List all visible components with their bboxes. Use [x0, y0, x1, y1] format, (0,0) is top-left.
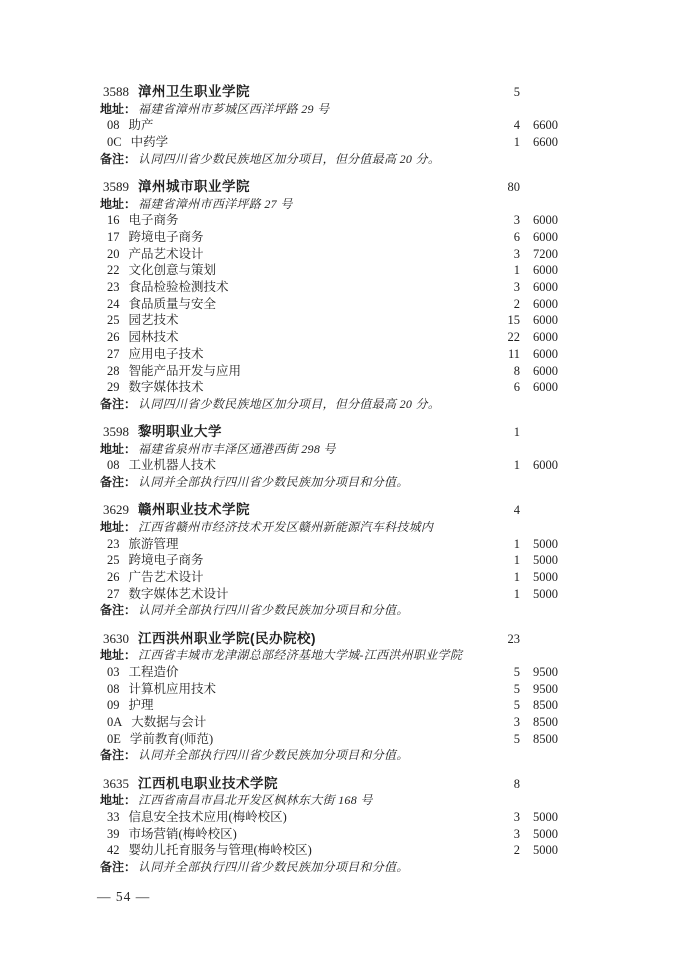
major-code: 08: [107, 681, 120, 698]
major-code: 22: [107, 262, 120, 279]
major-title: 08助产: [107, 117, 488, 134]
college-header-row: 3630江西洪州职业学院(民办院校) 23: [100, 631, 558, 648]
college-section: 3635江西机电职业技术学院 8 地址： 江西省南昌市昌北开发区枫林东大街 16…: [100, 776, 558, 876]
major-fee: 6600: [520, 134, 558, 151]
major-code: 25: [107, 312, 120, 329]
major-name: 计算机应用技术: [129, 682, 217, 696]
major-name: 跨境电子商务: [129, 230, 204, 244]
major-code: 27: [107, 586, 120, 603]
major-code: 29: [107, 379, 120, 396]
college-title: 3630江西洪州职业学院(民办院校): [103, 631, 488, 648]
major-row: 39市场营销(梅岭校区) 3 5000: [100, 826, 558, 843]
remark-value: 认同并全部执行四川省少数民族加分项目和分值。: [138, 474, 409, 491]
major-title: 08计算机应用技术: [107, 681, 488, 698]
major-plan-count: 1: [488, 586, 520, 603]
major-row: 29数字媒体技术 6 6000: [100, 379, 558, 396]
college-remark-row: 备注： 认同并全部执行四川省少数民族加分项目和分值。: [100, 474, 558, 491]
major-code: 42: [107, 842, 120, 859]
major-plan-count: 4: [488, 117, 520, 134]
major-title: 03工程造价: [107, 664, 488, 681]
major-row: 27数字媒体艺术设计 1 5000: [100, 586, 558, 603]
major-title: 0E学前教育(师范): [107, 731, 488, 748]
major-name: 数字媒体技术: [129, 380, 204, 394]
major-code: 28: [107, 363, 120, 380]
college-header-row: 3598黎明职业大学 1: [100, 424, 558, 441]
major-plan-count: 5: [488, 664, 520, 681]
college-code: 3635: [103, 776, 129, 791]
major-title: 25园艺技术: [107, 312, 488, 329]
college-remark-row: 备注： 认同并全部执行四川省少数民族加分项目和分值。: [100, 602, 558, 619]
major-title: 0C中药学: [107, 134, 488, 151]
major-code: 23: [107, 279, 120, 296]
major-fee: 6000: [520, 379, 558, 396]
college-section: 3588漳州卫生职业学院 5 地址： 福建省漳州市芗城区西洋坪路 29 号 08…: [100, 84, 558, 167]
college-plan-total: 4: [488, 502, 520, 519]
major-plan-count: 3: [488, 279, 520, 296]
major-row: 08工业机器人技术 1 6000: [100, 457, 558, 474]
major-code: 27: [107, 346, 120, 363]
document-page: 3588漳州卫生职业学院 5 地址： 福建省漳州市芗城区西洋坪路 29 号 08…: [0, 0, 680, 961]
major-name: 食品质量与安全: [129, 297, 217, 311]
college-section: 3630江西洪州职业学院(民办院校) 23 地址： 江西省丰城市龙津湖总部经济基…: [100, 631, 558, 765]
remark-label: 备注：: [100, 396, 136, 413]
major-name: 电子商务: [129, 213, 179, 227]
college-address-row: 地址： 福建省漳州市西洋坪路 27 号: [100, 196, 558, 213]
major-row: 17跨境电子商务 6 6000: [100, 229, 558, 246]
college-header-row: 3588漳州卫生职业学院 5: [100, 84, 558, 101]
major-title: 22文化创意与策划: [107, 262, 488, 279]
major-fee: 6000: [520, 279, 558, 296]
major-name: 跨境电子商务: [129, 553, 204, 567]
major-code: 25: [107, 552, 120, 569]
major-code: 03: [107, 664, 120, 681]
major-row: 08助产 4 6600: [100, 117, 558, 134]
major-name: 市场营销(梅岭校区): [129, 827, 237, 841]
college-header-row: 3589漳州城市职业学院 80: [100, 179, 558, 196]
major-row: 08计算机应用技术 5 9500: [100, 681, 558, 698]
remark-value: 认同并全部执行四川省少数民族加分项目和分值。: [138, 602, 409, 619]
major-name: 广告艺术设计: [129, 570, 204, 584]
major-title: 28智能产品开发与应用: [107, 363, 488, 380]
address-label: 地址：: [100, 792, 136, 809]
college-title: 3635江西机电职业技术学院: [103, 776, 488, 793]
major-title: 16电子商务: [107, 212, 488, 229]
major-fee: 9500: [520, 664, 558, 681]
major-title: 27应用电子技术: [107, 346, 488, 363]
major-name: 智能产品开发与应用: [129, 364, 242, 378]
major-row: 28智能产品开发与应用 8 6000: [100, 363, 558, 380]
major-code: 0C: [107, 134, 122, 151]
major-code: 08: [107, 117, 120, 134]
major-title: 17跨境电子商务: [107, 229, 488, 246]
college-title: 3629赣州职业技术学院: [103, 502, 488, 519]
college-remark-row: 备注： 认同并全部执行四川省少数民族加分项目和分值。: [100, 859, 558, 876]
college-address-row: 地址： 江西省丰城市龙津湖总部经济基地大学城-江西洪州职业学院: [100, 647, 558, 664]
major-plan-count: 15: [488, 312, 520, 329]
major-plan-count: 6: [488, 379, 520, 396]
major-fee: 6000: [520, 457, 558, 474]
address-value: 福建省漳州市芗城区西洋坪路 29 号: [138, 101, 329, 118]
major-code: 16: [107, 212, 120, 229]
major-plan-count: 3: [488, 246, 520, 263]
major-fee: 5000: [520, 842, 558, 859]
major-name: 学前教育(师范): [130, 732, 213, 746]
major-fee: 6600: [520, 117, 558, 134]
major-row: 23旅游管理 1 5000: [100, 536, 558, 553]
remark-label: 备注：: [100, 474, 136, 491]
major-row: 20产品艺术设计 3 7200: [100, 246, 558, 263]
major-code: 26: [107, 329, 120, 346]
remark-value: 认同并全部执行四川省少数民族加分项目和分值。: [138, 747, 409, 764]
remark-label: 备注：: [100, 151, 136, 168]
major-fee: 8500: [520, 697, 558, 714]
major-code: 26: [107, 569, 120, 586]
major-row: 22文化创意与策划 1 6000: [100, 262, 558, 279]
major-row: 0A大数据与会计 3 8500: [100, 714, 558, 731]
major-fee: 6000: [520, 346, 558, 363]
major-plan-count: 1: [488, 569, 520, 586]
majors-list: 08助产 4 6600 0C中药学 1 6600: [100, 117, 558, 150]
college-plan-total: 5: [488, 84, 520, 101]
college-code: 3589: [103, 179, 129, 194]
major-title: 26广告艺术设计: [107, 569, 488, 586]
major-fee: 5000: [520, 552, 558, 569]
major-name: 园艺技术: [129, 313, 179, 327]
major-code: 33: [107, 809, 120, 826]
college-header-row: 3629赣州职业技术学院 4: [100, 502, 558, 519]
major-row: 24食品质量与安全 2 6000: [100, 296, 558, 313]
major-row: 03工程造价 5 9500: [100, 664, 558, 681]
major-row: 23食品检验检测技术 3 6000: [100, 279, 558, 296]
address-value: 江西省南昌市昌北开发区枫林东大街 168 号: [138, 792, 373, 809]
address-label: 地址：: [100, 196, 136, 213]
address-value: 福建省泉州市丰泽区通港西街 298 号: [138, 441, 336, 458]
major-code: 17: [107, 229, 120, 246]
college-plan-total: 80: [488, 179, 520, 196]
major-code: 20: [107, 246, 120, 263]
major-title: 23旅游管理: [107, 536, 488, 553]
address-label: 地址：: [100, 101, 136, 118]
major-name: 旅游管理: [129, 537, 179, 551]
major-title: 08工业机器人技术: [107, 457, 488, 474]
major-plan-count: 6: [488, 229, 520, 246]
major-title: 0A大数据与会计: [107, 714, 488, 731]
major-title: 27数字媒体艺术设计: [107, 586, 488, 603]
major-code: 0E: [107, 731, 121, 748]
major-title: 23食品检验检测技术: [107, 279, 488, 296]
major-fee: 6000: [520, 329, 558, 346]
major-title: 39市场营销(梅岭校区): [107, 826, 488, 843]
college-address-row: 地址： 福建省泉州市丰泽区通港西街 298 号: [100, 441, 558, 458]
college-name: 漳州城市职业学院: [138, 179, 250, 194]
major-code: 08: [107, 457, 120, 474]
major-title: 25跨境电子商务: [107, 552, 488, 569]
page-number: — 54 —: [97, 889, 150, 905]
major-fee: 8500: [520, 731, 558, 748]
college-title: 3598黎明职业大学: [103, 424, 488, 441]
major-name: 工程造价: [129, 665, 179, 679]
major-name: 食品检验检测技术: [129, 280, 229, 294]
major-code: 23: [107, 536, 120, 553]
address-value: 福建省漳州市西洋坪路 27 号: [138, 196, 293, 213]
major-plan-count: 2: [488, 296, 520, 313]
major-code: 0A: [107, 714, 122, 731]
college-sections-list: 3588漳州卫生职业学院 5 地址： 福建省漳州市芗城区西洋坪路 29 号 08…: [100, 84, 558, 887]
major-plan-count: 1: [488, 134, 520, 151]
major-fee: 5000: [520, 536, 558, 553]
major-row: 16电子商务 3 6000: [100, 212, 558, 229]
major-plan-count: 11: [488, 346, 520, 363]
major-name: 数字媒体艺术设计: [129, 587, 229, 601]
major-plan-count: 5: [488, 697, 520, 714]
majors-list: 33信息安全技术应用(梅岭校区) 3 5000 39市场营销(梅岭校区) 3 5…: [100, 809, 558, 859]
major-fee: 5000: [520, 809, 558, 826]
major-name: 文化创意与策划: [129, 263, 217, 277]
major-fee: 8500: [520, 714, 558, 731]
major-title: 29数字媒体技术: [107, 379, 488, 396]
major-fee: 6000: [520, 296, 558, 313]
major-title: 33信息安全技术应用(梅岭校区): [107, 809, 488, 826]
major-plan-count: 3: [488, 809, 520, 826]
college-title: 3589漳州城市职业学院: [103, 179, 488, 196]
college-section: 3598黎明职业大学 1 地址： 福建省泉州市丰泽区通港西街 298 号 08工…: [100, 424, 558, 491]
major-name: 助产: [129, 118, 154, 132]
majors-list: 08工业机器人技术 1 6000: [100, 457, 558, 474]
college-code: 3598: [103, 424, 129, 439]
major-title: 26园林技术: [107, 329, 488, 346]
address-label: 地址：: [100, 441, 136, 458]
college-address-row: 地址： 江西省南昌市昌北开发区枫林东大街 168 号: [100, 792, 558, 809]
major-name: 产品艺术设计: [129, 247, 204, 261]
college-plan-total: 8: [488, 776, 520, 793]
address-value: 江西省赣州市经济技术开发区赣州新能源汽车科技城内: [138, 519, 433, 536]
major-plan-count: 1: [488, 262, 520, 279]
major-name: 工业机器人技术: [129, 458, 217, 472]
major-fee: 7200: [520, 246, 558, 263]
major-title: 09护理: [107, 697, 488, 714]
major-fee: 5000: [520, 586, 558, 603]
college-name: 江西洪州职业学院(民办院校): [138, 631, 316, 646]
major-plan-count: 3: [488, 212, 520, 229]
major-row: 25跨境电子商务 1 5000: [100, 552, 558, 569]
college-remark-row: 备注： 认同四川省少数民族地区加分项目，但分值最高 20 分。: [100, 151, 558, 168]
major-row: 26广告艺术设计 1 5000: [100, 569, 558, 586]
college-address-row: 地址： 福建省漳州市芗城区西洋坪路 29 号: [100, 101, 558, 118]
college-name: 赣州职业技术学院: [138, 502, 250, 517]
college-section: 3629赣州职业技术学院 4 地址： 江西省赣州市经济技术开发区赣州新能源汽车科…: [100, 502, 558, 619]
major-title: 24食品质量与安全: [107, 296, 488, 313]
major-plan-count: 1: [488, 536, 520, 553]
major-row: 09护理 5 8500: [100, 697, 558, 714]
major-code: 09: [107, 697, 120, 714]
major-plan-count: 5: [488, 681, 520, 698]
major-row: 27应用电子技术 11 6000: [100, 346, 558, 363]
college-remark-row: 备注： 认同四川省少数民族地区加分项目，但分值最高 20 分。: [100, 396, 558, 413]
major-plan-count: 8: [488, 363, 520, 380]
major-fee: 6000: [520, 212, 558, 229]
major-title: 42婴幼儿托育服务与管理(梅岭校区): [107, 842, 488, 859]
major-name: 护理: [129, 698, 154, 712]
major-fee: 6000: [520, 363, 558, 380]
major-code: 24: [107, 296, 120, 313]
major-row: 0E学前教育(师范) 5 8500: [100, 731, 558, 748]
address-value: 江西省丰城市龙津湖总部经济基地大学城-江西洪州职业学院: [138, 647, 462, 664]
address-label: 地址：: [100, 519, 136, 536]
major-plan-count: 3: [488, 714, 520, 731]
remark-label: 备注：: [100, 747, 136, 764]
college-section: 3589漳州城市职业学院 80 地址： 福建省漳州市西洋坪路 27 号 16电子…: [100, 179, 558, 413]
college-plan-total: 23: [488, 631, 520, 648]
college-name: 黎明职业大学: [138, 424, 222, 439]
major-plan-count: 3: [488, 826, 520, 843]
address-label: 地址：: [100, 647, 136, 664]
major-plan-count: 1: [488, 457, 520, 474]
remark-value: 认同四川省少数民族地区加分项目，但分值最高 20 分。: [138, 396, 440, 413]
major-fee: 6000: [520, 262, 558, 279]
major-row: 0C中药学 1 6600: [100, 134, 558, 151]
major-name: 婴幼儿托育服务与管理(梅岭校区): [129, 843, 312, 857]
major-fee: 9500: [520, 681, 558, 698]
major-row: 42婴幼儿托育服务与管理(梅岭校区) 2 5000: [100, 842, 558, 859]
major-fee: 6000: [520, 312, 558, 329]
major-name: 信息安全技术应用(梅岭校区): [129, 810, 287, 824]
major-row: 26园林技术 22 6000: [100, 329, 558, 346]
major-plan-count: 1: [488, 552, 520, 569]
major-row: 25园艺技术 15 6000: [100, 312, 558, 329]
major-fee: 6000: [520, 229, 558, 246]
college-name: 江西机电职业技术学院: [138, 776, 278, 791]
major-name: 园林技术: [129, 330, 179, 344]
remark-label: 备注：: [100, 859, 136, 876]
major-plan-count: 22: [488, 329, 520, 346]
college-title: 3588漳州卫生职业学院: [103, 84, 488, 101]
major-name: 应用电子技术: [129, 347, 204, 361]
major-plan-count: 2: [488, 842, 520, 859]
majors-list: 16电子商务 3 6000 17跨境电子商务 6 6000 20产品艺术设计 3…: [100, 212, 558, 396]
major-code: 39: [107, 826, 120, 843]
college-plan-total: 1: [488, 424, 520, 441]
major-name: 大数据与会计: [131, 715, 206, 729]
remark-value: 认同四川省少数民族地区加分项目，但分值最高 20 分。: [138, 151, 440, 168]
major-title: 20产品艺术设计: [107, 246, 488, 263]
college-code: 3630: [103, 631, 129, 646]
college-code: 3629: [103, 502, 129, 517]
remark-label: 备注：: [100, 602, 136, 619]
major-name: 中药学: [131, 135, 169, 149]
college-name: 漳州卫生职业学院: [138, 84, 250, 99]
college-code: 3588: [103, 84, 129, 99]
remark-value: 认同并全部执行四川省少数民族加分项目和分值。: [138, 859, 409, 876]
college-address-row: 地址： 江西省赣州市经济技术开发区赣州新能源汽车科技城内: [100, 519, 558, 536]
majors-list: 03工程造价 5 9500 08计算机应用技术 5 9500 09护理 5 85…: [100, 664, 558, 747]
major-fee: 5000: [520, 826, 558, 843]
major-fee: 5000: [520, 569, 558, 586]
major-row: 33信息安全技术应用(梅岭校区) 3 5000: [100, 809, 558, 826]
majors-list: 23旅游管理 1 5000 25跨境电子商务 1 5000 26广告艺术设计 1…: [100, 536, 558, 603]
college-header-row: 3635江西机电职业技术学院 8: [100, 776, 558, 793]
college-remark-row: 备注： 认同并全部执行四川省少数民族加分项目和分值。: [100, 747, 558, 764]
major-plan-count: 5: [488, 731, 520, 748]
